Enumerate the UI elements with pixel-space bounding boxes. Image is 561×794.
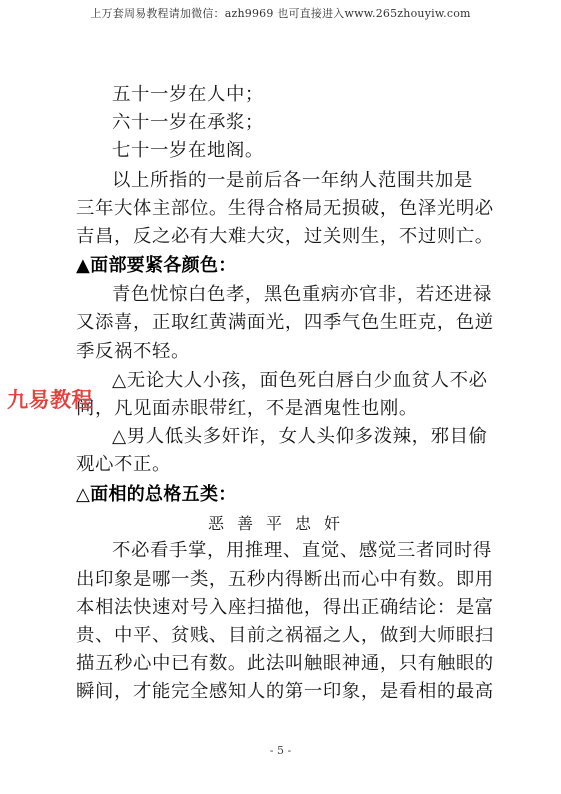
section-heading-face-colors: ▲面部要紧各颜色： <box>76 255 237 277</box>
page-header-ad-text: 上万套周易教程请加微信：azh9969 也可直接进入www.265zhouyiw… <box>0 5 561 21</box>
text-line: 描五秒心中已有数。此法叫触眼神通，只有触眼的 <box>76 653 494 675</box>
text-line: 吉昌，反之必有大难大灾，过关则生，不过则亡。 <box>76 226 494 248</box>
page-number: - 5 - <box>0 744 561 757</box>
text-line: 出印象是哪一类，五秒内得断出而心中有数。即用 <box>76 569 494 591</box>
text-line: 七十一岁在地阁。 <box>112 140 264 162</box>
paragraph-start: 青色忧惊白色孝，黑色重病亦官非，若还进禄 <box>112 284 492 306</box>
paragraph-start: △无论大人小孩，面色死白唇白少血贫人不必 <box>112 370 488 392</box>
text-line: 又添喜，正取红黄满面光，四季气色生旺克，色逆 <box>76 312 494 334</box>
watermark-logo: 九易教程 <box>7 384 93 414</box>
text-line: 六十一岁在承浆； <box>112 112 264 134</box>
text-line: 瞬间，才能完全感知人的第一印象，是看相的最高 <box>76 681 494 703</box>
text-line: 三年大体主部位。生得合格局无损破，色泽光明必 <box>76 198 494 220</box>
text-line: 观心不正。 <box>76 454 171 476</box>
paragraph-start: △男人低头多奸诈，女人头仰多泼辣，邪目偷 <box>112 426 488 448</box>
paragraph-start: 以上所指的一是前后各一年纳人范围共加是 <box>112 170 473 192</box>
text-line: 问，凡见面赤眼带红，不是酒鬼性也刚。 <box>76 398 418 420</box>
paragraph-start: 不必看手掌，用推理、直觉、感觉三者同时得 <box>112 540 492 562</box>
section-heading-five-categories: △面相的总格五类： <box>76 484 237 506</box>
five-categories-list: 恶善平忠奸 <box>0 513 561 535</box>
text-line: 本相法快速对号入座扫描他，得出正确结论：是富 <box>76 597 494 619</box>
text-line: 季反祸不轻。 <box>76 341 190 363</box>
text-line: 贵、中平、贫贱、目前之祸福之人，做到大师眼扫 <box>76 625 494 647</box>
text-line: 五十一岁在人中； <box>112 84 264 106</box>
